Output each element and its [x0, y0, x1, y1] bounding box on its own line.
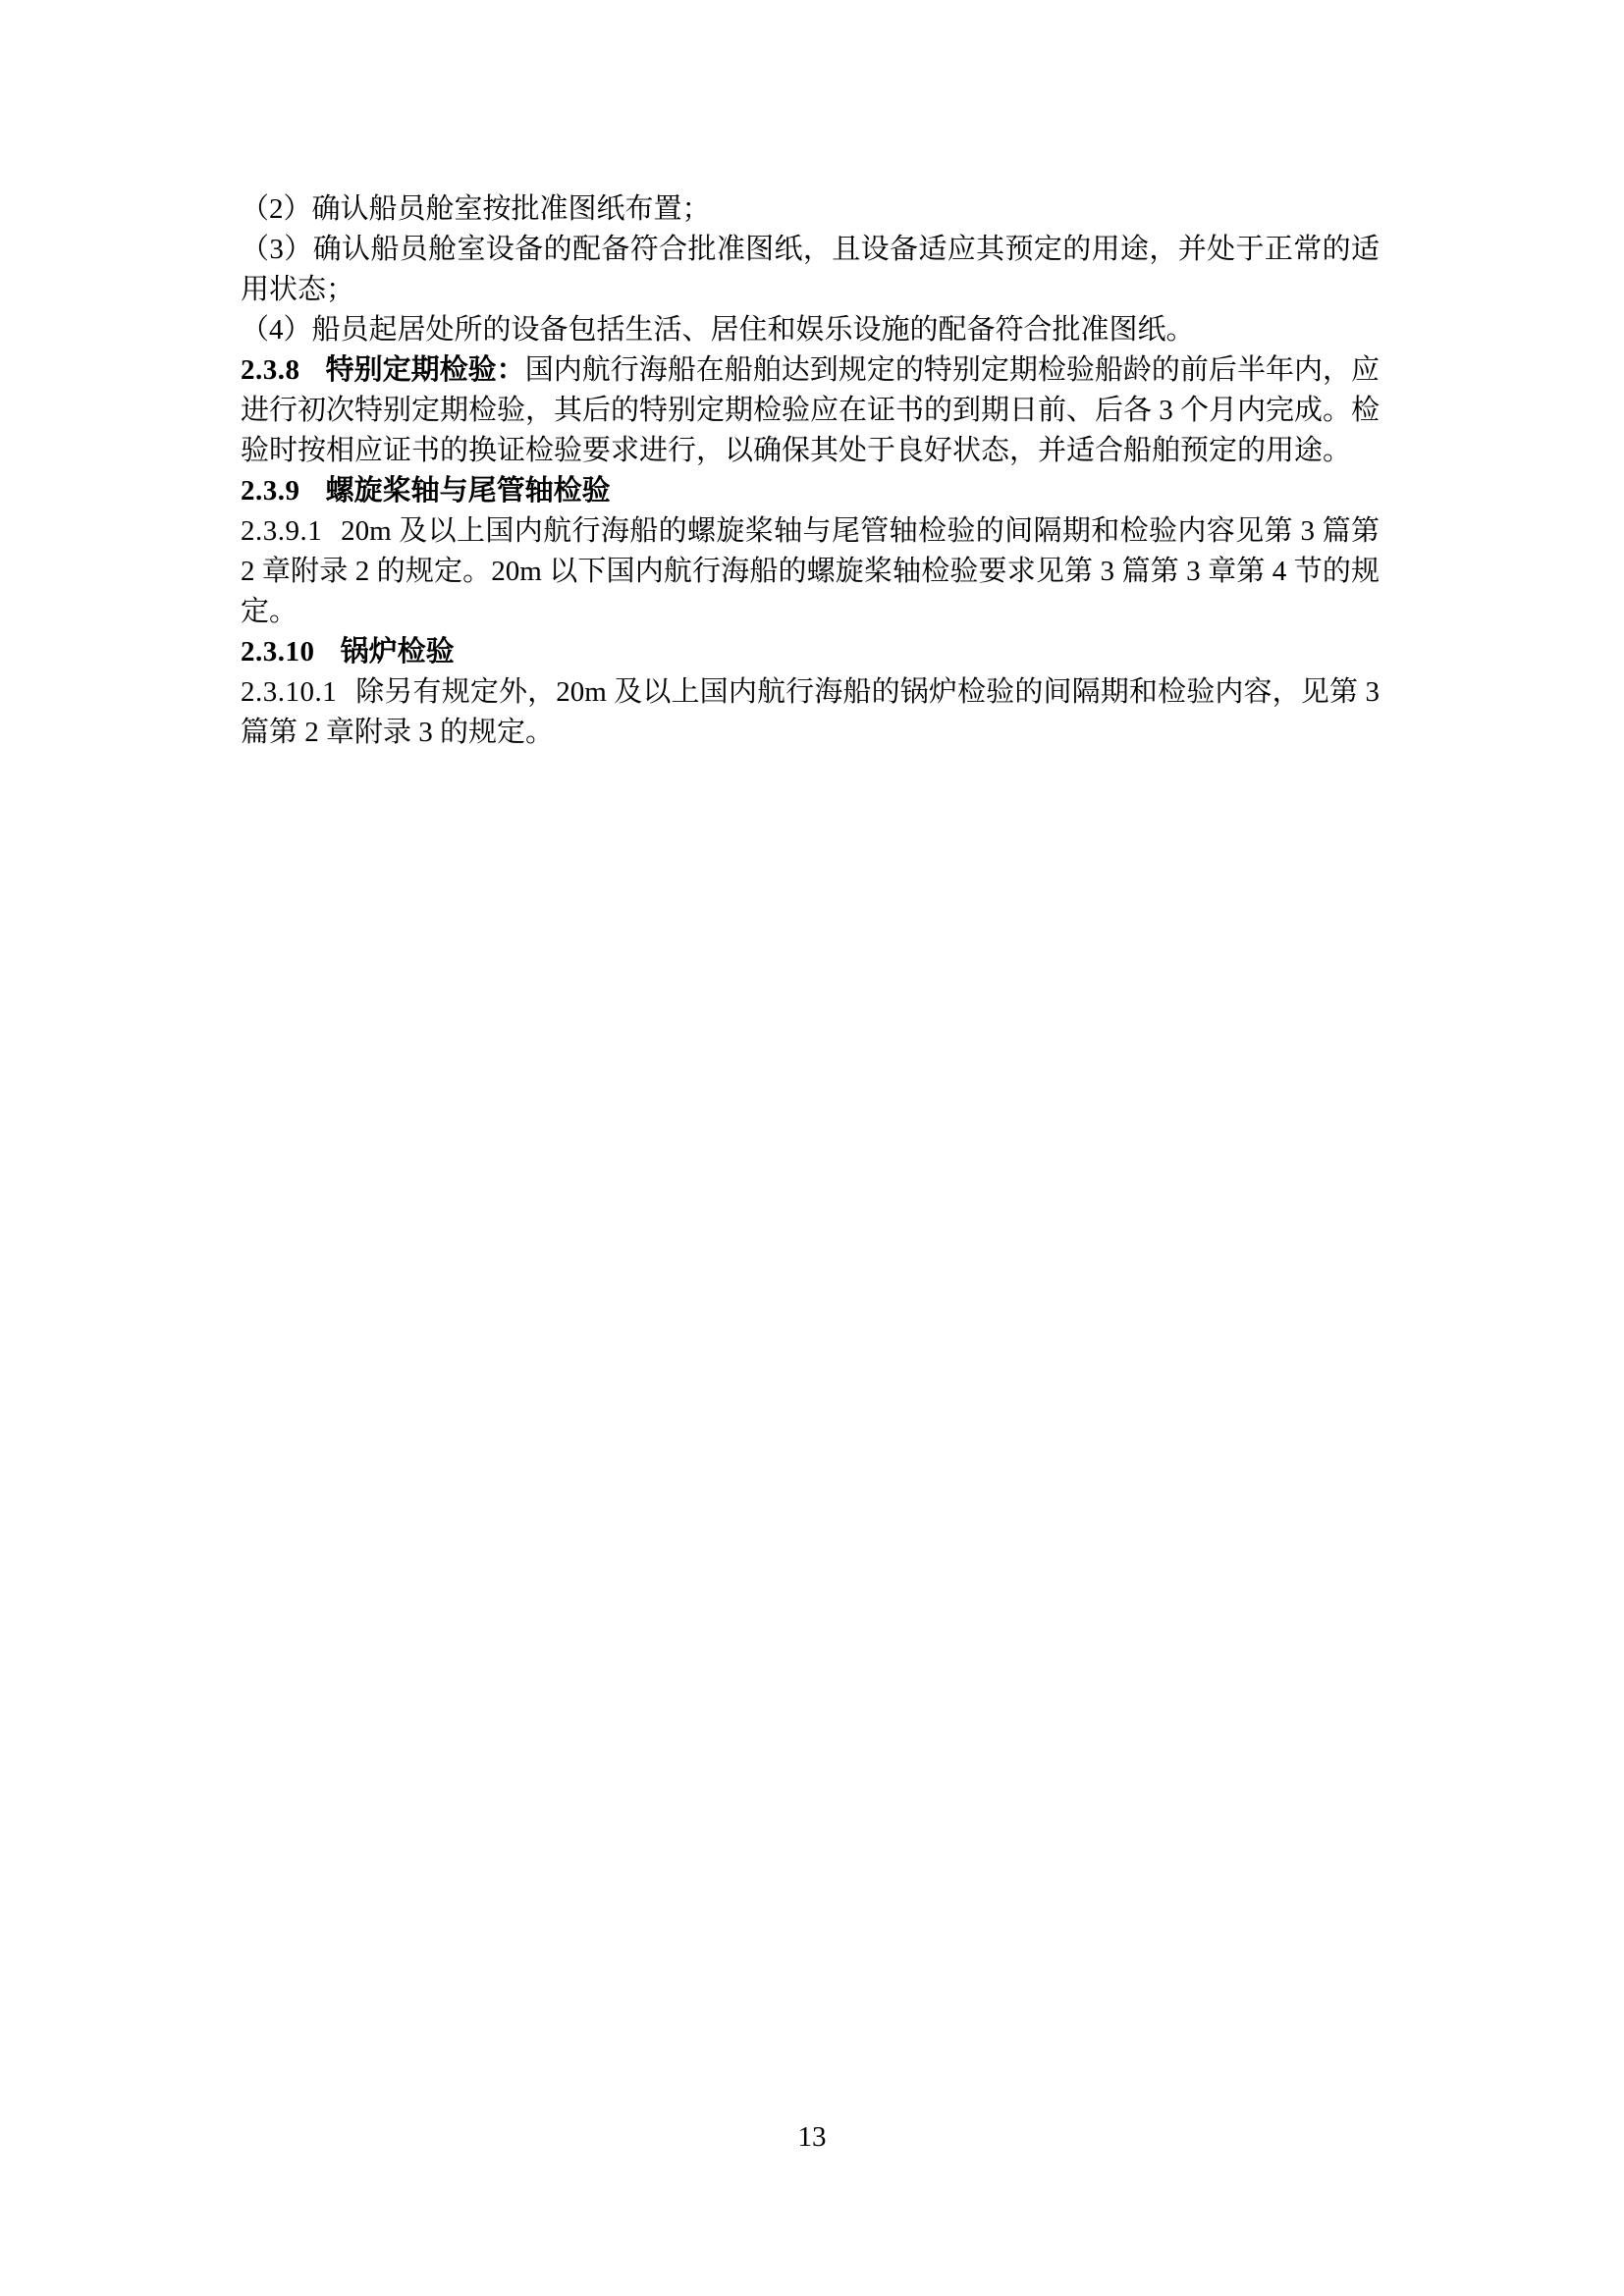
list-item-2: （2）确认船员舱室按批准图纸布置； [241, 189, 1380, 230]
section-2-3-9-1: 2.3.9.120m 及以上国内航行海船的螺旋桨轴与尾管轴检验的间隔期和检验内容… [241, 511, 1380, 632]
section-2-3-9-1-body: 20m 及以上国内航行海船的螺旋桨轴与尾管轴检验的间隔期和检验内容见第 3 篇第… [241, 515, 1380, 627]
list-item-3: （3）确认船员舱室设备的配备符合批准图纸，且设备适应其预定的用途，并处于正常的适… [241, 230, 1380, 310]
section-2-3-8-number: 2.3.8 [241, 354, 300, 386]
list-item-4: （4）船员起居处所的设备包括生活、居住和娱乐设施的配备符合批准图纸。 [241, 310, 1380, 350]
section-2-3-9-heading: 2.3.9螺旋桨轴与尾管轴检验 [241, 471, 1380, 511]
section-2-3-10-1: 2.3.10.1除另有规定外，20m 及以上国内航行海船的锅炉检验的间隔期和检验… [241, 672, 1380, 753]
section-2-3-8: 2.3.8特别定期检验：国内航行海船在船舶达到规定的特别定期检验船龄的前后半年内… [241, 350, 1380, 471]
section-2-3-10-1-number: 2.3.10.1 [241, 676, 337, 708]
section-2-3-8-title: 特别定期检验： [326, 354, 525, 386]
section-2-3-9-number: 2.3.9 [241, 475, 300, 507]
document-page: （2）确认船员舱室按批准图纸布置； （3）确认船员舱室设备的配备符合批准图纸，且… [0, 0, 1624, 2296]
section-2-3-10-heading: 2.3.10锅炉检验 [241, 632, 1380, 672]
section-2-3-10-1-body: 除另有规定外，20m 及以上国内航行海船的锅炉检验的间隔期和检验内容，见第 3 … [241, 676, 1380, 748]
document-body: （2）确认船员舱室按批准图纸布置； （3）确认船员舱室设备的配备符合批准图纸，且… [241, 189, 1380, 753]
section-2-3-10-number: 2.3.10 [241, 636, 315, 667]
section-2-3-9-1-number: 2.3.9.1 [241, 515, 322, 547]
section-2-3-9-title: 螺旋桨轴与尾管轴检验 [326, 475, 611, 507]
page-number: 13 [0, 2120, 1624, 2154]
section-2-3-10-title: 锅炉检验 [341, 636, 455, 667]
